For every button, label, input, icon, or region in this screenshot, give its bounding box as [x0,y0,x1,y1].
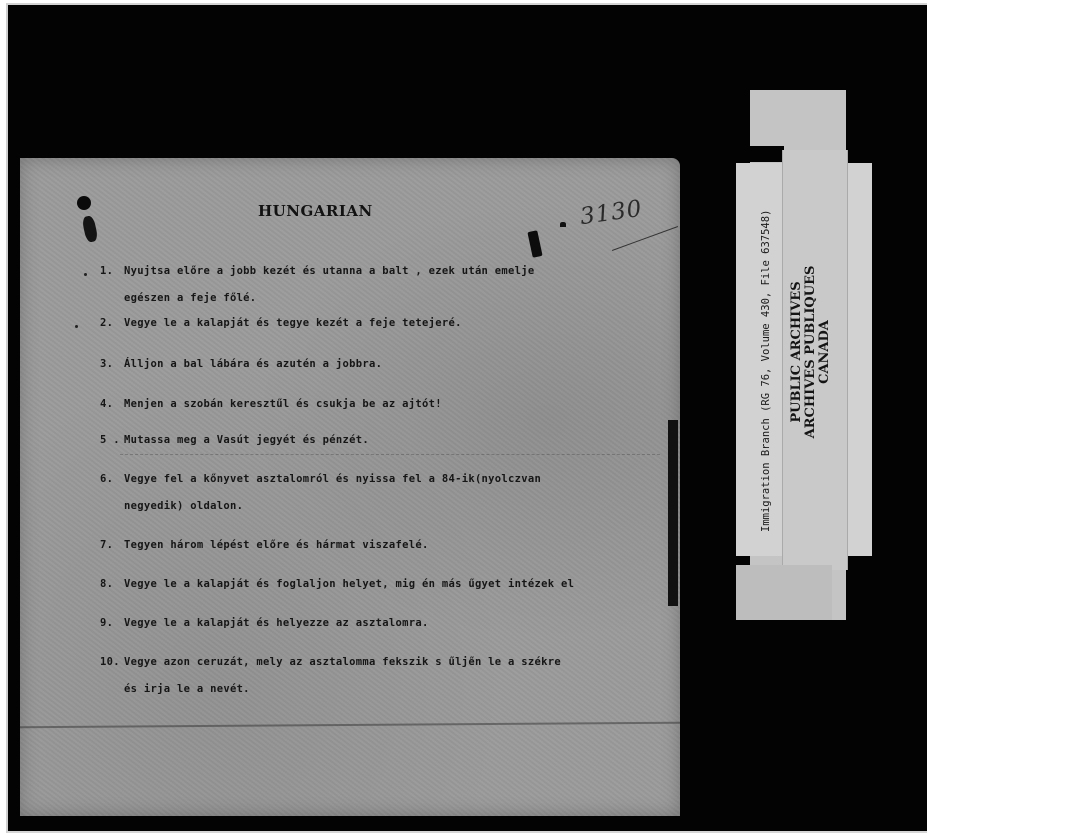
instruction-item: 9.Vegye le a kalapját és helyezze az a… [100,610,660,637]
instruction-item: 4.Menjen a szobán keresztűl és csukja… [100,391,660,418]
archive-stamp: PUBLIC ARCHIVES ARCHIVES PUBLIQUES CANAD… [790,252,832,452]
label-strip-notch [750,146,784,162]
instruction-item: 8.Vegye le a kalapját és foglaljon hel… [100,571,660,598]
instruction-list: 1.Nyujtsa előre a jobb kezét és utann… [20,158,680,816]
instruction-item: 10.Vegye azon ceruzát, mely az asztalom… [100,649,660,703]
archive-reference: Immigration Branch (RG 76, Volume 430, F… [760,210,772,532]
instruction-item: 1.Nyujtsa előre a jobb kezét és utann… [100,258,660,312]
document-page: HUNGARIAN 3130 1.Nyujtsa előre a jobb k… [20,158,680,816]
label-strip-bottom [736,565,832,620]
instruction-item: 6.Vegye fel a kőnyvet asztalomról és … [100,466,660,520]
instruction-item: 2.Vegye le a kalapját és tegye kezét … [100,310,660,337]
instruction-item: 3.Álljon a bal lábára és azutén a j… [100,351,660,378]
instruction-item: 7.Tegyen három lépést előre és hár… [100,532,660,559]
instruction-item: 5 .Mutassa meg a Vasút jegyét és pén… [100,427,660,454]
